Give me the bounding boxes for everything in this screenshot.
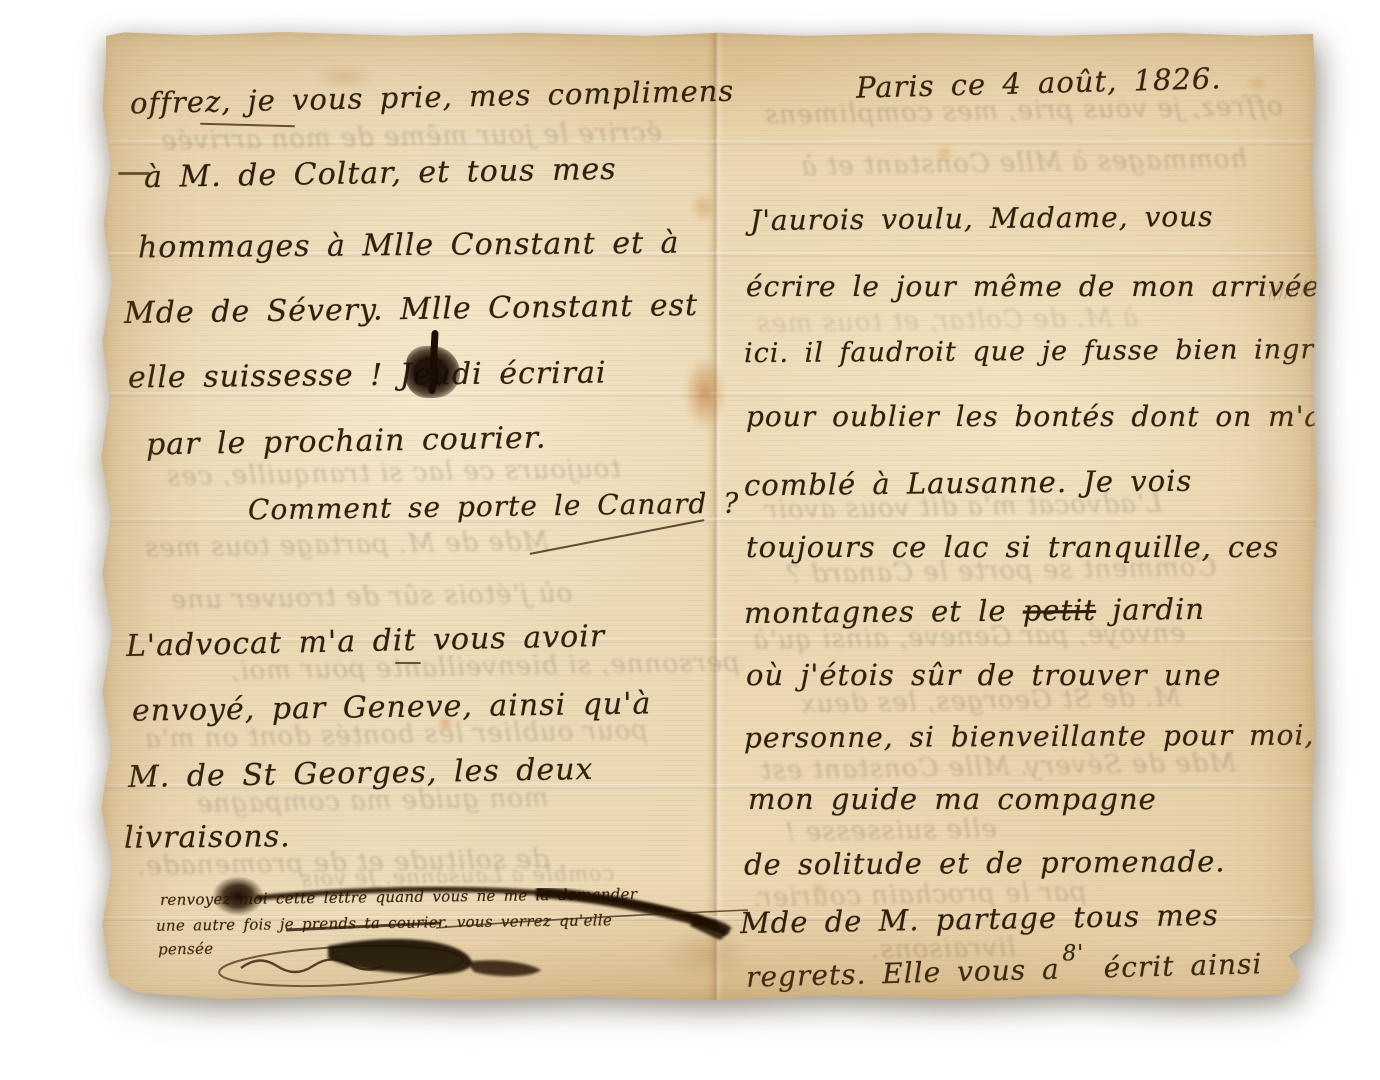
fox-stain [812,882,825,895]
handwriting-line: elle suissesse ! Jeudi écrirai [128,355,607,395]
letter-sheet: écrire le jour même de mon arrivée toujo… [100,30,1318,1002]
paper-shadow-wrap: écrire le jour même de mon arrivée toujo… [0,0,1380,1080]
handwriting-line: Mde de Sévery. Mlle Constant est [124,288,699,331]
handwriting-line: Mde de M. partage tous mes [740,898,1219,940]
line-text: écrit ainsi [1087,947,1262,985]
ink-underline [395,662,421,664]
handwriting-line: personne, si bienveillante pour moi, [744,719,1314,755]
ghost-showthrough-text: où j'étois sûr de trouver une [170,578,573,615]
handwriting-line: hommages à Mlle Constant et à [138,226,680,266]
handwriting-line: Comment se porte le Canard ? [248,487,740,527]
fox-stain [690,190,716,224]
line-text: montagnes et le [744,594,1023,630]
line-text: regrets. Elle vous a [746,953,1061,994]
struck-word: petit [1023,593,1097,628]
line-text: elle suissesse ! [128,358,384,396]
ink-smear-blob [328,939,472,974]
fox-stain [1246,76,1268,92]
handwriting-line: livraisons. [124,819,291,855]
handwriting-line: montagnes et le petit jardin [744,592,1205,630]
fox-stain [936,144,954,162]
pen-flourish-line [529,519,704,555]
handwriting-line: envoyé, par Geneve, ainsi qu'à [132,686,652,728]
line-text: jardin [1096,592,1205,627]
handwriting-line: pour oublier les bontés dont on m'a [746,400,1322,433]
interline-insertion-mark: 8' [1062,941,1085,967]
handwriting-line: où j'étois sûr de trouver une [746,658,1221,692]
line-text: écrirai [499,355,607,391]
handwriting-line: ici. il faudroit que je fusse bien ingra… [744,334,1353,369]
ghost-showthrough-text: hommages à Mlle Constant et à [800,144,1248,182]
handwriting-line: mon guide ma compagne [748,782,1157,816]
letter-photograph: écrire le jour même de mon arrivée toujo… [0,0,1380,1080]
ghost-showthrough-text: à M. de Coltar, et tous mes [756,303,1139,340]
fox-stain [684,356,726,430]
ink-blot [406,346,460,398]
handwriting-line: par le prochain courier. [146,421,547,463]
handwriting-line: écrire le jour même de mon arrivée [746,270,1320,303]
handwriting-line: comblé à Lausanne. Je vois [744,464,1193,503]
ink-smear-and-signature [136,866,776,998]
ink-smear-blob [466,960,541,976]
ink-dash [118,172,150,175]
cross-out-stroke [286,923,441,930]
handwriting-line: J'aurois voulu, Madame, vous [750,200,1214,237]
ghost-showthrough-text: elle suissesse ! [784,814,997,848]
handwriting-line: à M. de Coltar, et tous mes [144,152,617,195]
ghost-showthrough-text: Mde de M. partage tous mes [144,526,549,563]
handwriting-line: offrez, je vous prie, mes complimens [130,74,735,121]
handwriting-line: toujours ce lac si tranquille, ces [746,530,1279,564]
handwriting-line: regrets. Elle vous a8' écrit ainsi [746,947,1263,994]
handwriting-line: de solitude et de promenade. [744,844,1226,881]
